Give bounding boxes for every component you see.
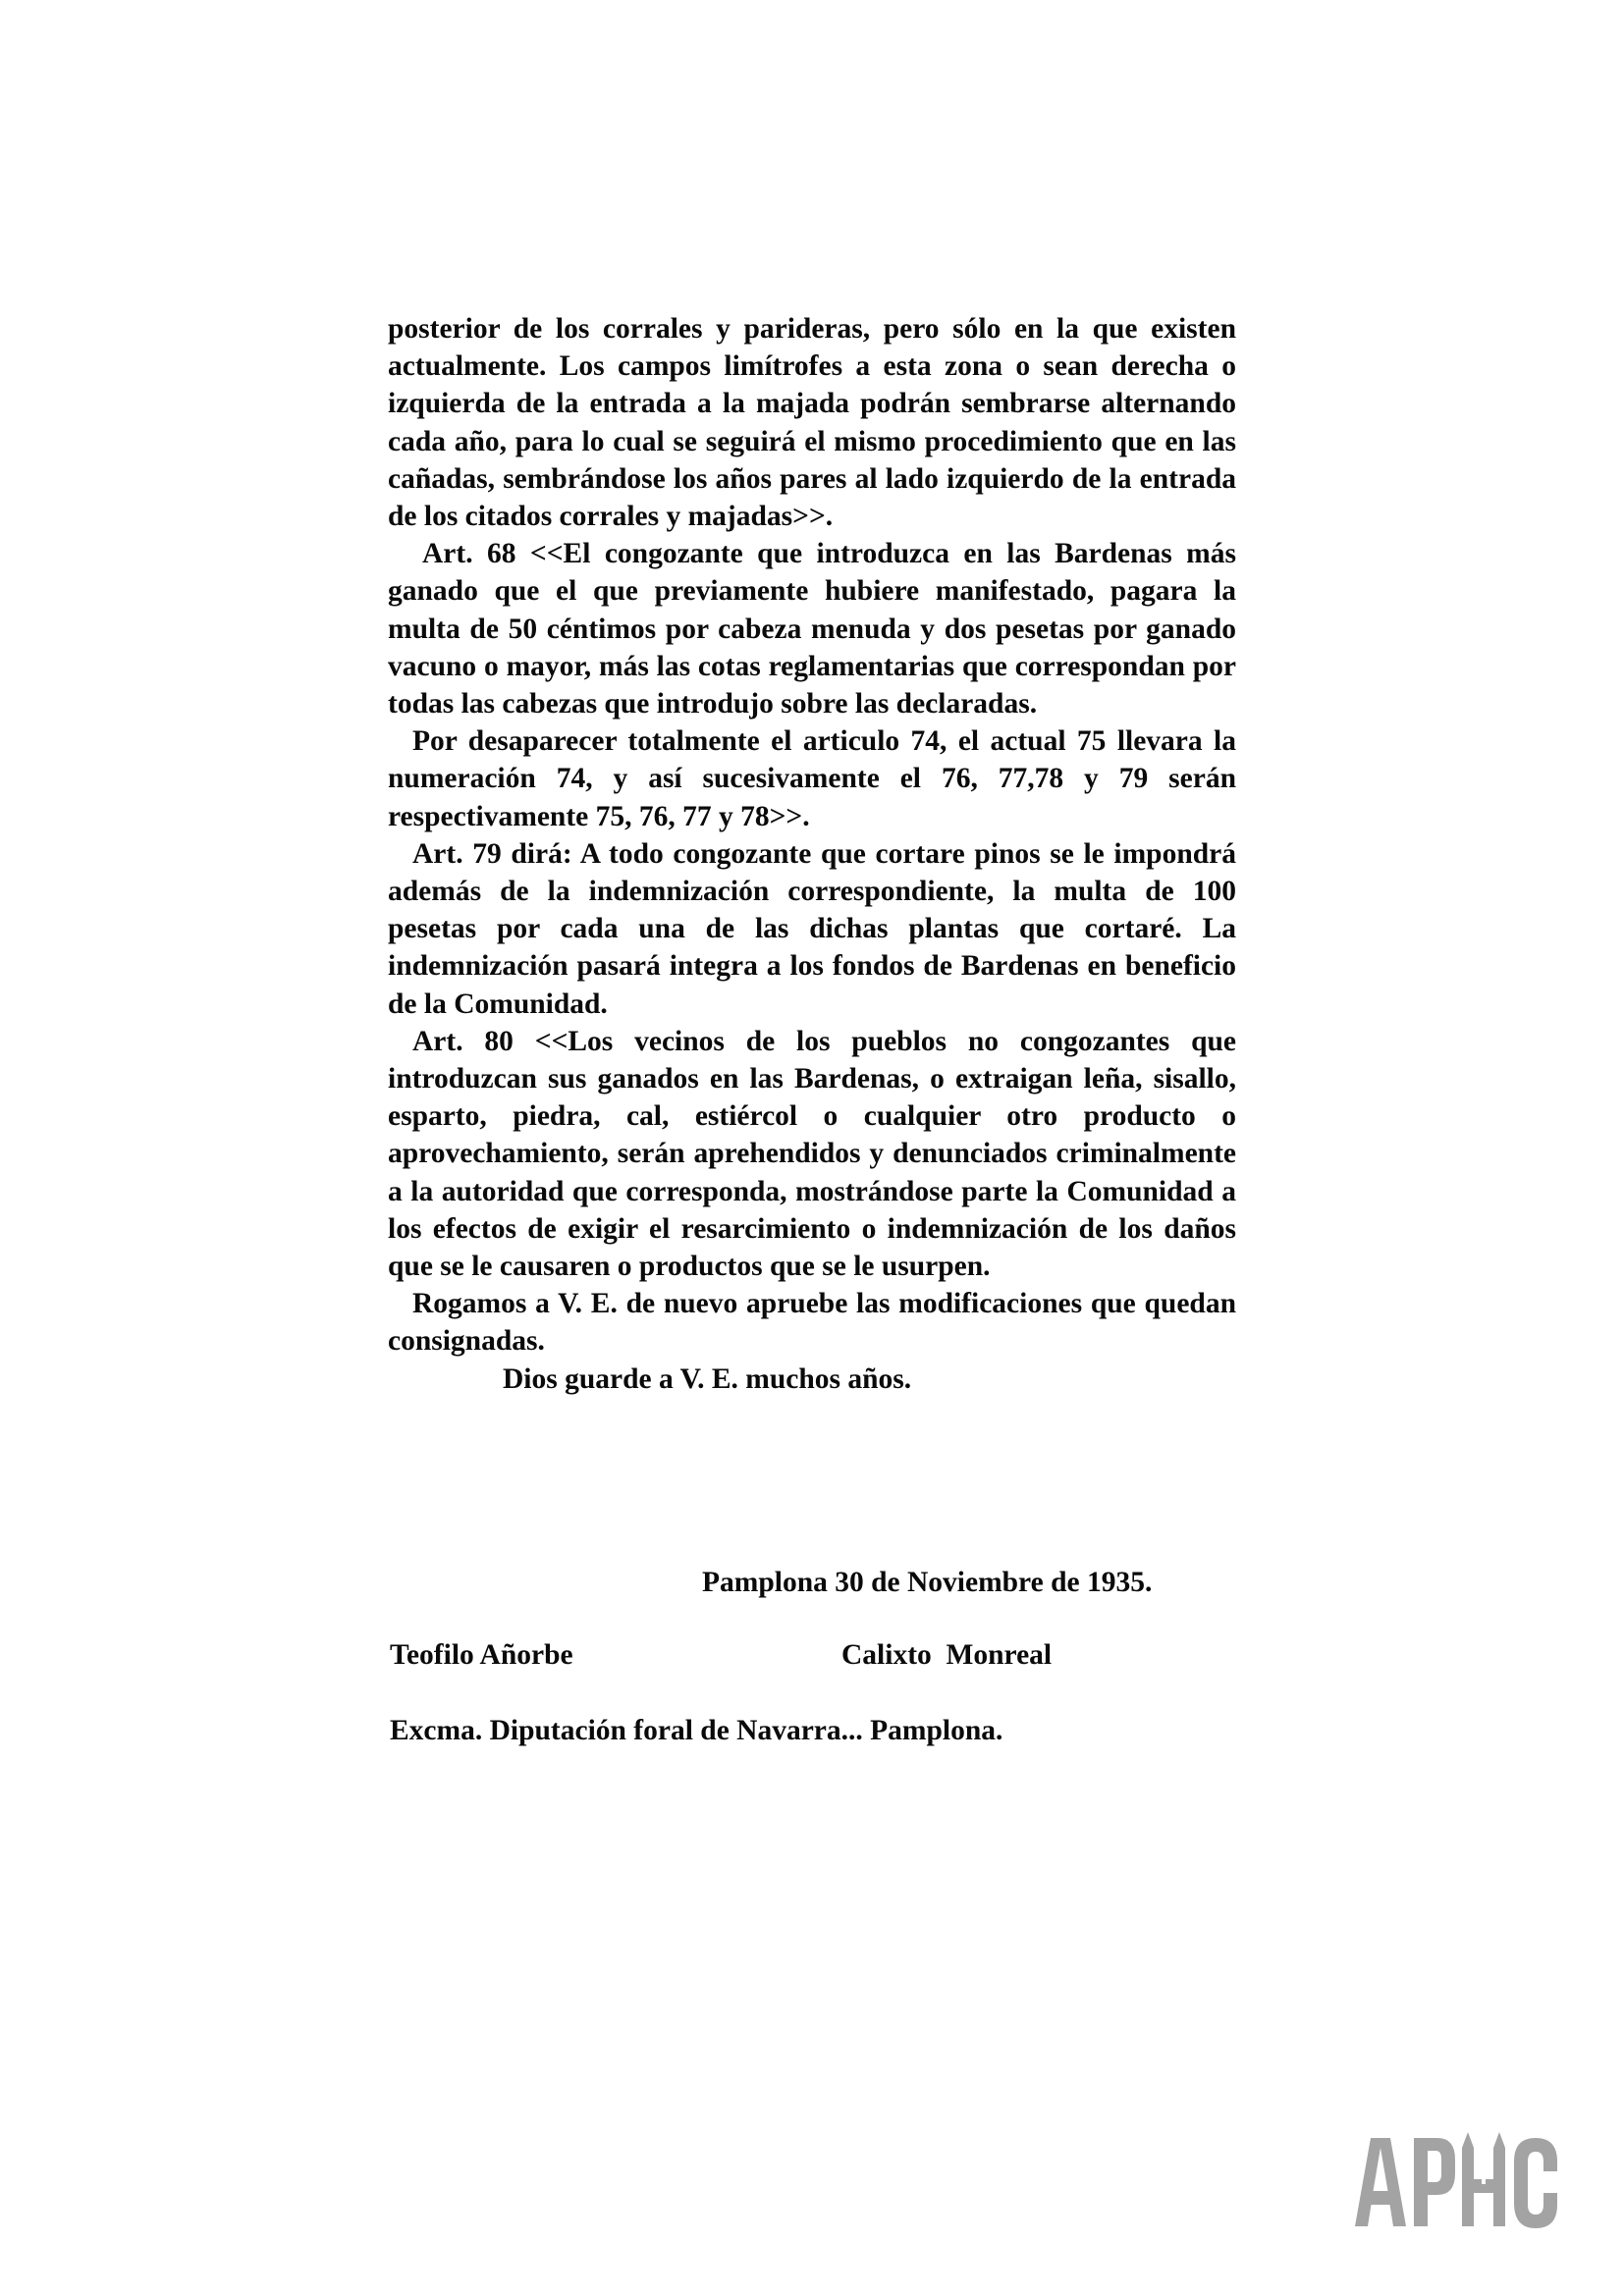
paragraph-request: Rogamos a V. E. de nuevo apruebe las mod…: [388, 1285, 1236, 1360]
aphc-logo-icon: [1353, 2128, 1573, 2230]
signatory-2: Calixto Monreal: [841, 1636, 1052, 1674]
document-page: posterior de los corrales y parideras, p…: [0, 0, 1624, 2296]
paragraph-art-68: Art. 68 <<El congozante que introduzca e…: [388, 535, 1236, 722]
addressee: Excma. Diputación foral de Navarra... Pa…: [390, 1712, 1002, 1749]
place-date: Pamplona 30 de Noviembre de 1935.: [702, 1564, 1152, 1601]
paragraph-continuation: posterior de los corrales y parideras, p…: [388, 310, 1236, 535]
paragraph-art-80: Art. 80 <<Los vecinos de los pueblos no …: [388, 1023, 1236, 1285]
closing-salutation: Dios guarde a V. E. muchos años.: [388, 1361, 1236, 1398]
paragraph-renumbering: Por desaparecer totalmente el articulo 7…: [388, 722, 1236, 835]
paragraph-art-79: Art. 79 dirá: A todo congozante que cort…: [388, 835, 1236, 1023]
body-text: posterior de los corrales y parideras, p…: [388, 310, 1236, 1398]
signatory-1: Teofilo Añorbe: [390, 1636, 573, 1674]
